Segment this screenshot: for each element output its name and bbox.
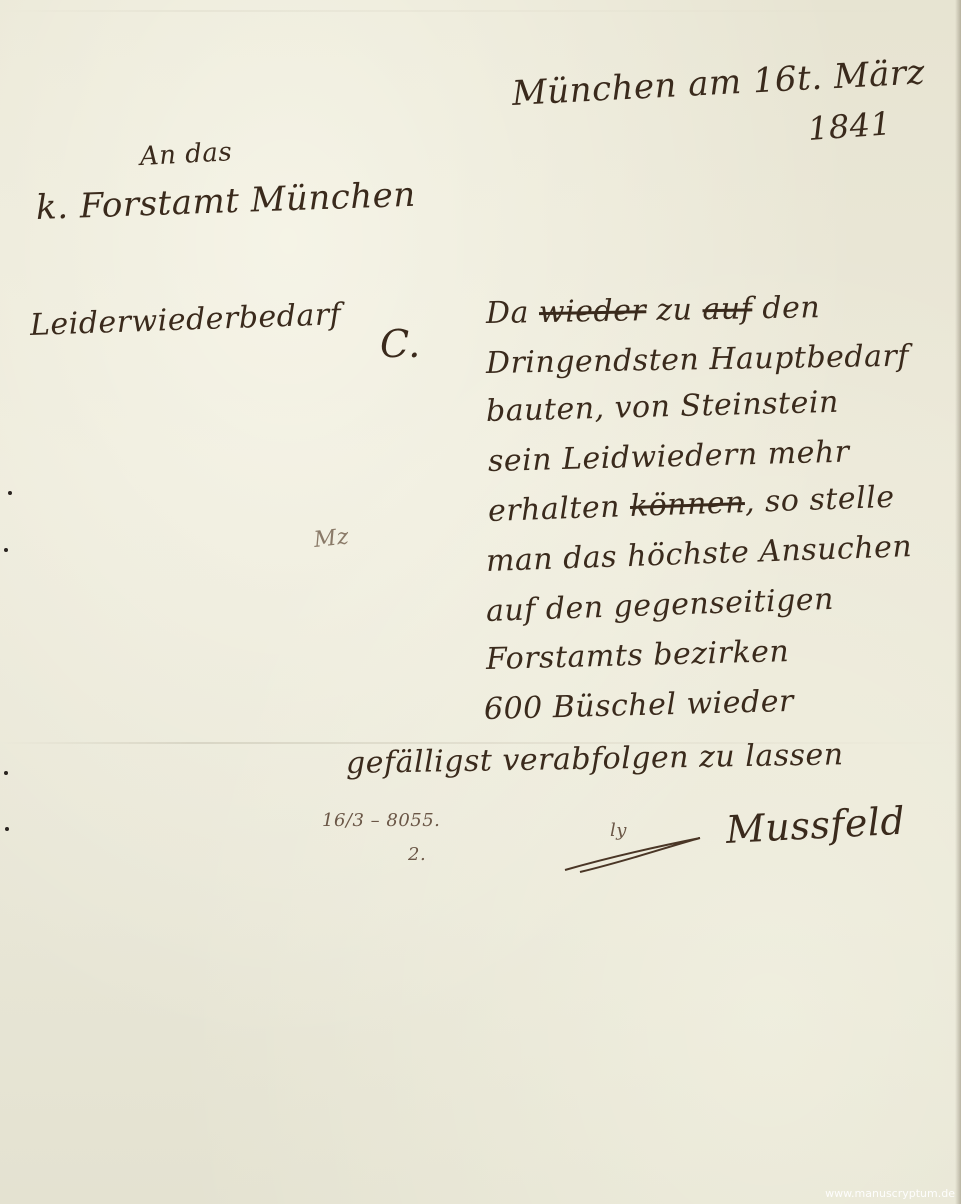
signature-name: Mussfeld	[725, 799, 906, 852]
body-text: den	[752, 290, 820, 326]
binding-dot	[4, 548, 8, 552]
body-text: Da	[486, 295, 540, 331]
addressee-line-1: An das	[139, 137, 233, 172]
binding-dot	[8, 491, 12, 495]
binding-dot	[4, 771, 8, 775]
reference-sub: 2.	[408, 844, 426, 865]
body-text: erhalten	[487, 489, 630, 529]
watermark-url: www.manuscryptum.de	[825, 1187, 955, 1200]
subject-mark: C.	[380, 322, 421, 366]
body-line: Da wieder zu auf den	[486, 290, 821, 331]
body-text: zu	[646, 292, 703, 328]
paper-right-edge-shadow	[955, 0, 961, 1204]
binding-dot	[5, 827, 9, 831]
body-text: , so stelle	[744, 480, 895, 520]
body-line: Dringendsten Hauptbedarf	[486, 339, 910, 381]
struck-word: wieder	[539, 293, 647, 330]
reference-number: 16/3 – 8055.	[322, 810, 440, 831]
paper-top-crease	[0, 10, 961, 12]
signature-prefix: ly	[610, 820, 627, 841]
marginal-note: Mz	[313, 524, 351, 553]
date-year: 1841	[807, 104, 893, 148]
struck-word: können	[629, 485, 745, 524]
struck-word: auf	[702, 291, 752, 327]
